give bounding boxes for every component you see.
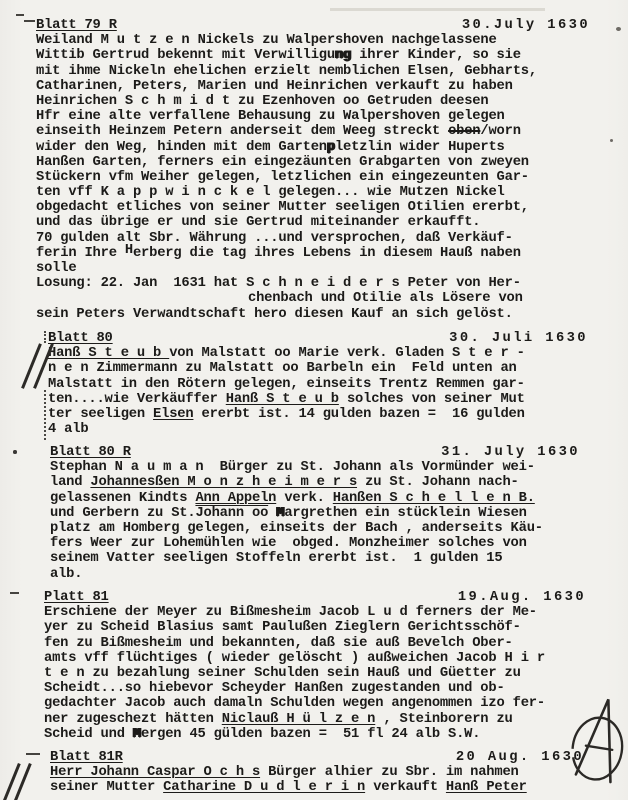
entry-title: Blatt 80: [48, 331, 113, 346]
text-segment: t e n zu bezahlung seiner Schulden sein …: [44, 666, 521, 681]
text-segment: chenbach und Otilie als Lösere von: [248, 291, 523, 306]
text-line: 70 gulden alt Sbr. Währung ...und verspr…: [36, 231, 590, 246]
text-line: amts vff flüchtiges ( wieder gelöscht ) …: [44, 651, 586, 666]
text-segment: , Steinborern zu: [375, 712, 512, 727]
text-segment: Catharinen, Peters, Marien und Heinriche…: [36, 79, 513, 94]
margin-dash: [10, 592, 19, 594]
text-line: gelassenen Kindts Ann Appeln verk. Hanße…: [50, 491, 580, 506]
text-segment: fen zu Bißmesheim und bekannten, daß sie…: [44, 636, 513, 651]
text-segment: Hfr eine alte verfallene Behausung zu Wa…: [36, 109, 505, 124]
text-line: Stephan N a u m a n Bürger zu St. Johann…: [50, 460, 580, 475]
text-segment: oben: [448, 124, 480, 139]
text-segment: Johann oo: [195, 506, 268, 521]
slash-stroke: [21, 343, 41, 388]
text-segment: Weiland M u t z e n Nickels zu Walpersho…: [36, 33, 497, 48]
ink-speck: [610, 139, 613, 142]
text-line: t e n zu bezahlung seiner Schulden sein …: [44, 666, 586, 681]
text-segment: solches von seiner Mut: [339, 392, 525, 407]
underlined-text: Hanß S t e u b: [226, 392, 339, 407]
margin-double-slash: [4, 762, 29, 800]
text-segment: argrethen ein stücklein Wiesen: [284, 506, 526, 521]
entry-date: 31. July 1630: [441, 445, 580, 460]
text-segment: ferin Ihre: [36, 246, 125, 261]
text-line: Heinrichen S c h m i d t zu Ezenhoven oo…: [36, 94, 590, 109]
text-line: und das übrige er und sie Gertrud mitein…: [36, 215, 590, 230]
text-segment: land: [50, 475, 90, 490]
text-segment: Wittib Gertrud bekennt mit Verwilligu: [36, 48, 335, 63]
underlined-text: Hanß S t e u b: [48, 346, 169, 361]
text-line: sein Peters Verwandtschaft hero diesen K…: [36, 307, 590, 322]
text-segment: ihrer Kinder, so sie: [351, 48, 521, 63]
text-segment: ner zugeschezt hätten: [44, 712, 222, 727]
text-line: obgedacht etliches von seiner Mutter see…: [36, 200, 590, 215]
text-line: ten....wie Verkäuffer Hanß S t e u b sol…: [48, 392, 588, 407]
margin-dash: [26, 753, 40, 755]
text-segment: /worn: [480, 124, 520, 139]
margin-dash: [16, 14, 24, 16]
entry-header: Blatt 81R20 Aug. 1630: [50, 750, 584, 765]
text-segment: sein Peters Verwandtschaft hero diesen K…: [36, 307, 513, 322]
text-line: gedachter Jacob auch damaln Schulden weg…: [44, 696, 586, 711]
text-segment: Stückern vfm Weiher gelegen, letzlichen …: [36, 170, 529, 185]
text-segment: einseith Heinzem Petern anderseit dem We…: [36, 124, 448, 139]
text-segment: zu St. Johann nach-: [357, 475, 519, 490]
text-segment: ter seeligen: [48, 407, 153, 422]
text-line: seinem Vatter seeligen Stoffeln ererbt i…: [50, 551, 580, 566]
underlined-text: Ann Appeln: [195, 491, 276, 506]
text-line: Hfr eine alte verfallene Behausung zu Wa…: [36, 109, 590, 124]
entry-date: 30.July 1630: [462, 18, 590, 33]
text-segment: obgedacht etliches von seiner Mutter see…: [36, 200, 529, 215]
text-segment: Bürger alhier zu Sbr. im nahmen: [260, 765, 519, 780]
text-segment: platz am Homberg gelegen, einseits der B…: [50, 521, 543, 536]
entry-title: Platt 81: [44, 590, 109, 605]
text-segment: verk.: [276, 491, 333, 506]
text-segment: gelassenen Kindts: [50, 491, 195, 506]
entry-title: Blatt 80 R: [50, 445, 131, 460]
text-line: Scheidt...so hiebevor Scheyder Hanßen zu…: [44, 681, 586, 696]
text-segment: ergen 45 gülden bazen = 51 fl 24 alb S.W…: [141, 727, 480, 742]
text-segment: wider den Weg, hinden mit dem Garten: [36, 140, 327, 155]
text-line: Herr Johann Caspar O c h s Bürger alhier…: [50, 765, 584, 780]
text-segment: Scheidt...so hiebevor Scheyder Hanßen zu…: [44, 681, 505, 696]
entry-platt-81: Platt 8119.Aug. 1630Erschiene der Meyer …: [44, 590, 586, 742]
text-line: 4 alb: [48, 422, 588, 437]
text-line: fers Weer zur Lohemühlen wie obged. Monz…: [50, 536, 580, 551]
text-line: ferin Ihre Herberg die tag ihres Lebens …: [36, 246, 590, 261]
text-line: Losung: 22. Jan 1631 hat S c h n e i d e…: [36, 276, 590, 291]
text-line: mit ihme Nickeln ehelichen erzielt nembl…: [36, 64, 590, 79]
text-segment: Heinrichen S c h m i d t zu Ezenhoven oo…: [36, 94, 488, 109]
document-page: Blatt 79 R30.July 1630Weiland M u t z e …: [0, 0, 628, 800]
underlined-text: Hanß Peter: [446, 780, 527, 795]
underlined-text: Johannesßen M o n z h e i m e r s: [90, 475, 357, 490]
margin-dotted-line: [44, 390, 46, 440]
text-segment: ten vff K a p p w i n c k e l gelegen...…: [36, 185, 505, 200]
photocopy-streak: [330, 8, 545, 11]
text-segment: und das übrige er und sie Gertrud mitein…: [36, 215, 480, 230]
text-line: Scheid und Mergen 45 gülden bazen = 51 f…: [44, 727, 586, 742]
entry-blatt-80: Blatt 8030. Juli 1630Hanß S t e u b von …: [48, 331, 588, 437]
underlined-text: Hanßen S c h e l l e n B.: [333, 491, 535, 506]
text-segment: Malstatt in den Rötern gelegen, einseits…: [48, 377, 525, 392]
text-segment: ten....wie Verkäuffer: [48, 392, 226, 407]
text-line: fen zu Bißmesheim und bekannten, daß sie…: [44, 636, 586, 651]
text-segment: seiner Mutter: [50, 780, 163, 795]
text-segment: ererbt ist. 14 gulden bazen = 16 gulden: [193, 407, 524, 422]
entry-blatt-81r: Blatt 81R20 Aug. 1630Herr Johann Caspar …: [50, 750, 584, 796]
text-line: Erschiene der Meyer zu Bißmesheim Jacob …: [44, 605, 586, 620]
text-line: Weiland M u t z e n Nickels zu Walpersho…: [36, 33, 590, 48]
text-segment: mit ihme Nickeln ehelichen erzielt nembl…: [36, 64, 537, 79]
text-segment: von Malstatt oo Marie verk. Gladen S t e…: [169, 346, 525, 361]
text-segment: Losung: 22. Jan 1631 hat S c h n e i d e…: [36, 276, 521, 291]
text-line: Malstatt in den Rötern gelegen, einseits…: [48, 377, 588, 392]
text-line: solle: [36, 261, 590, 276]
margin-double-slash: [24, 342, 50, 390]
text-segment: 70 gulden alt Sbr. Währung ...und verspr…: [36, 231, 513, 246]
text-line: und Gerbern zu St.Johann oo Margrethen e…: [50, 506, 580, 521]
text-segment: erberg die tag ihres Lebens in diesem Ha…: [133, 246, 521, 261]
text-segment: ng: [335, 48, 351, 63]
text-segment: verkauft: [365, 780, 446, 795]
text-segment: n e n Zimmermann zu Malstatt oo Barbeln …: [48, 361, 517, 376]
underlined-text: Niclauß H ü l z e n: [222, 712, 376, 727]
text-line: chenbach und Otilie als Lösere von: [36, 291, 590, 306]
text-segment: letzlin wider Huperts: [335, 140, 505, 155]
text-line: einseith Heinzem Petern anderseit dem We…: [36, 124, 590, 139]
text-segment: gedachter Jacob auch damaln Schulden weg…: [44, 696, 545, 711]
text-segment: seinem Vatter seeligen Stoffeln ererbt i…: [50, 551, 502, 566]
ink-speck: [616, 27, 621, 31]
underlined-text: Herr Johann Caspar O c h s: [50, 765, 260, 780]
text-segment: H: [125, 243, 133, 258]
entry-title: Blatt 79 R: [36, 18, 117, 33]
text-line: seiner Mutter Catharine D u d l e r i n …: [50, 780, 584, 795]
text-line: alb.: [50, 567, 580, 582]
entry-header: Blatt 8030. Juli 1630: [48, 331, 588, 346]
text-segment: und Gerbern zu St.: [50, 506, 195, 521]
text-line: platz am Homberg gelegen, einseits der B…: [50, 521, 580, 536]
entry-header: Blatt 79 R30.July 1630: [36, 18, 590, 33]
entry-title: Blatt 81R: [50, 750, 123, 765]
text-line: Hanßen Garten, ferners ein eingezäunten …: [36, 155, 590, 170]
entry-date: 30. Juli 1630: [449, 331, 588, 346]
underlined-text: Elsen: [153, 407, 193, 422]
text-line: ter seeligen Elsen ererbt ist. 14 gulden…: [48, 407, 588, 422]
text-line: Stückern vfm Weiher gelegen, letzlichen …: [36, 170, 590, 185]
margin-dot: [13, 450, 17, 454]
text-segment: alb.: [50, 567, 82, 582]
entry-blatt-80-r: Blatt 80 R31. July 1630Stephan N a u m a…: [50, 445, 580, 582]
text-line: Catharinen, Peters, Marien und Heinriche…: [36, 79, 590, 94]
text-segment: Scheid und: [44, 727, 133, 742]
text-segment: fers Weer zur Lohemühlen wie obged. Monz…: [50, 536, 527, 551]
text-segment: Hanßen Garten, ferners ein eingezäunten …: [36, 155, 529, 170]
text-line: land Johannesßen M o n z h e i m e r s z…: [50, 475, 580, 490]
text-segment: p: [327, 140, 335, 155]
text-segment: 4 alb: [48, 422, 88, 437]
text-segment: Erschiene der Meyer zu Bißmesheim Jacob …: [44, 605, 537, 620]
text-line: Wittib Gertrud bekennt mit Verwilligung …: [36, 48, 590, 63]
text-line: yer zu Scheid Blasius samt Paulußen Zieg…: [44, 620, 586, 635]
underlined-text: Catharine D u d l e r i n: [163, 780, 365, 795]
entry-date: 19.Aug. 1630: [458, 590, 586, 605]
text-line: Hanß S t e u b von Malstatt oo Marie ver…: [48, 346, 588, 361]
text-line: n e n Zimmermann zu Malstatt oo Barbeln …: [48, 361, 588, 376]
text-segment: Stephan N a u m a n Bürger zu St. Johann…: [50, 460, 535, 475]
margin-dotted-line: [44, 331, 46, 343]
entry-header: Blatt 80 R31. July 1630: [50, 445, 580, 460]
entry-header: Platt 8119.Aug. 1630: [44, 590, 586, 605]
text-line: ten vff K a p p w i n c k e l gelegen...…: [36, 185, 590, 200]
entry-blatt-79-r: Blatt 79 R30.July 1630Weiland M u t z e …: [36, 18, 590, 322]
text-line: wider den Weg, hinden mit dem Gartenplet…: [36, 140, 590, 155]
text-line: ner zugeschezt hätten Niclauß H ü l z e …: [44, 712, 586, 727]
text-segment: solle: [36, 261, 76, 276]
text-segment: yer zu Scheid Blasius samt Paulußen Zieg…: [44, 620, 521, 635]
text-segment: M: [133, 727, 141, 742]
text-segment: amts vff flüchtiges ( wieder gelöscht ) …: [44, 651, 545, 666]
margin-dash: [24, 20, 35, 22]
